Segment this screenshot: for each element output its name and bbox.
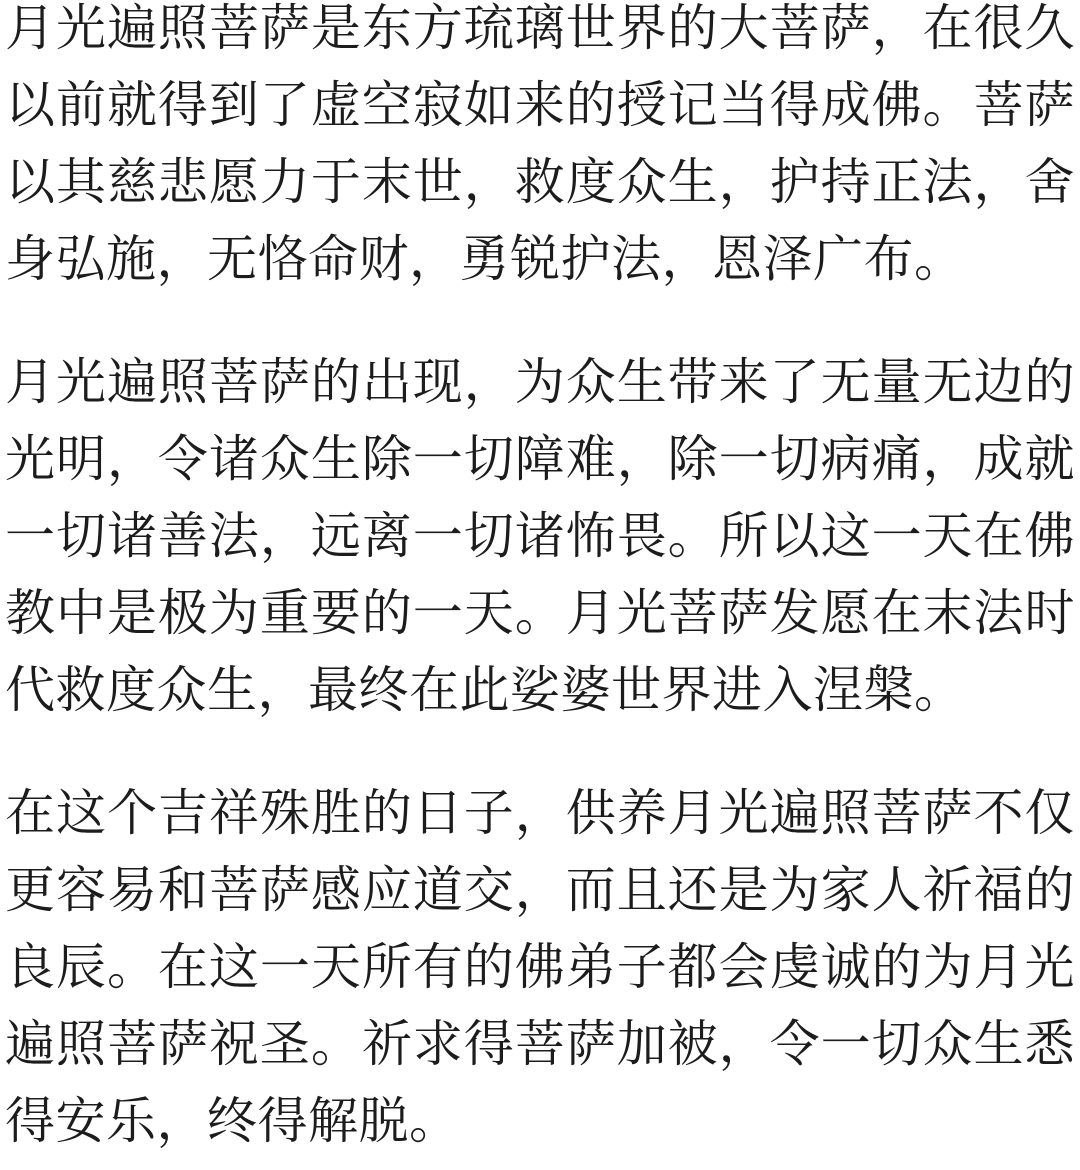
document-page: 月光遍照菩萨是东方琉璃世界的大菩萨，在很久以前就得到了虚空寂如来的授记当得成佛。… [0, 0, 1080, 1160]
paragraph-2: 月光遍照菩萨的出现，为众生带来了无量无边的光明，令诸众生除一切障难，除一切病痛，… [5, 344, 1075, 729]
paragraph-3: 在这个吉祥殊胜的日子，供养月光遍照菩萨不仅更容易和菩萨感应道交，而且还是为家人祈… [5, 775, 1075, 1160]
paragraph-1: 月光遍照菩萨是东方琉璃世界的大菩萨，在很久以前就得到了虚空寂如来的授记当得成佛。… [5, 0, 1075, 298]
